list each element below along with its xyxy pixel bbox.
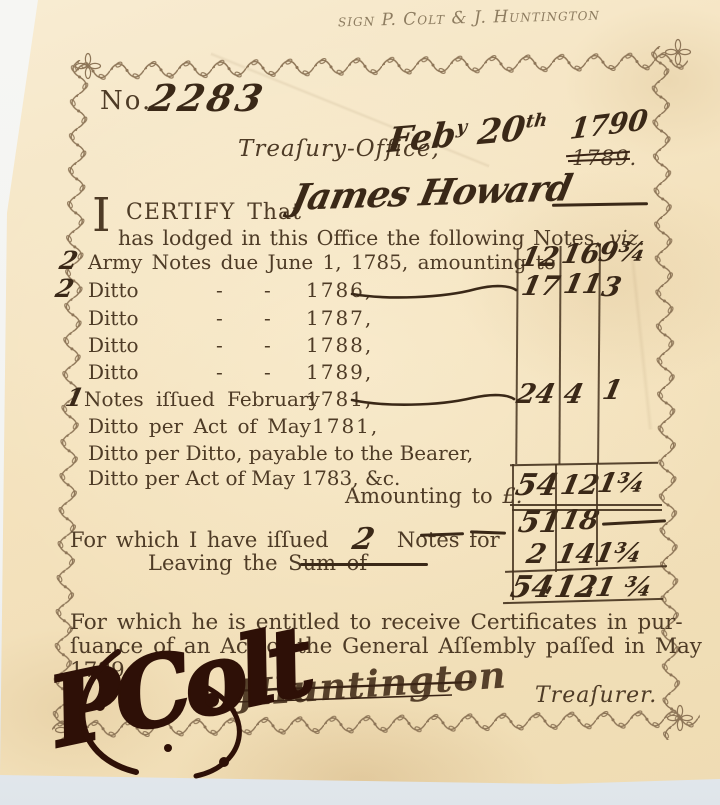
scanned-document: sign P. Colt & J. Huntington No. 2283 Tr… [0, 0, 720, 805]
certify-line: CERTIFY That [126, 200, 302, 225]
document-number-value: 2283 [145, 76, 269, 120]
row-year: 1788, [306, 333, 373, 357]
issued-prefix: For which I have iſſued [70, 528, 329, 552]
column-rule [555, 464, 557, 572]
amounting-label: Amounting to [345, 484, 502, 508]
margin-count: 1 [63, 383, 87, 412]
ditto-dash: - [264, 306, 271, 330]
closing-line: For which he is entitled to receive Cert… [70, 610, 683, 635]
row-text: Ditto per Ditto, payable to the Bearer, [88, 441, 473, 465]
leaving-shillings: 14 [554, 539, 598, 570]
amount-pounds: 24 [514, 379, 558, 410]
row-text: Army Notes due June 1, 1785, amounting t… [88, 250, 556, 274]
flourish-dash [348, 388, 518, 410]
border-corner-ornament [74, 52, 102, 80]
amount-pounds: 17 [519, 271, 563, 302]
row-year: 1787, [306, 306, 373, 330]
closing-line: ſuance of an Act of the General Aſſembly… [70, 634, 702, 659]
ditto-dash: - [264, 278, 271, 302]
row-text: Ditto per Act of May [88, 414, 311, 438]
ditto-dash: - [264, 333, 271, 357]
amounting-line: Amounting to £. [345, 484, 522, 508]
border-corner-ornament [666, 704, 694, 732]
ditto-dash: - [216, 306, 223, 330]
table-row: Ditto per Act of May 1781, [58, 414, 668, 441]
row-text: Ditto [88, 278, 139, 302]
row-text: Ditto [88, 333, 139, 357]
row-text: Ditto [88, 360, 139, 384]
amount-shillings: 11 [561, 269, 605, 300]
ditto-dash: - [216, 278, 223, 302]
ditto-dash: - [264, 360, 271, 384]
row-year: 1781, [312, 414, 379, 438]
row-text: Ditto [88, 306, 139, 330]
leaving-pence: 1¾ [592, 538, 646, 569]
closing-line: 1789. [70, 658, 132, 683]
margin-count: 2 [57, 246, 81, 275]
amount-pence: 9¾ [596, 237, 650, 268]
date-word: Feb [386, 115, 458, 161]
printed-dash [300, 563, 428, 566]
document-number-label: No. [100, 86, 152, 116]
table-row: Ditto - - 1787, [58, 306, 668, 333]
border-corner-ornament [664, 38, 692, 66]
amounting-pence: 1¾ [595, 468, 649, 499]
ditto-dash: - [216, 360, 223, 384]
treasurer-title: Treaſurer. [535, 683, 657, 708]
amount-pounds: 12 [518, 242, 562, 273]
border-corner-ornament [54, 716, 82, 744]
table-row: Ditto - - 1788, [58, 333, 668, 360]
date-number: 20 [464, 109, 528, 155]
row-year: 1789, [306, 360, 373, 384]
column-rule [596, 464, 598, 566]
flourish-dash [348, 280, 520, 302]
issued-line: For which I have iſſued 2 Notes for [70, 520, 500, 555]
row-text: Notes iſſued February [84, 387, 320, 411]
date-superscript: th [525, 110, 549, 133]
ditto-dash: - [216, 333, 223, 357]
drop-cap: I [92, 188, 111, 243]
